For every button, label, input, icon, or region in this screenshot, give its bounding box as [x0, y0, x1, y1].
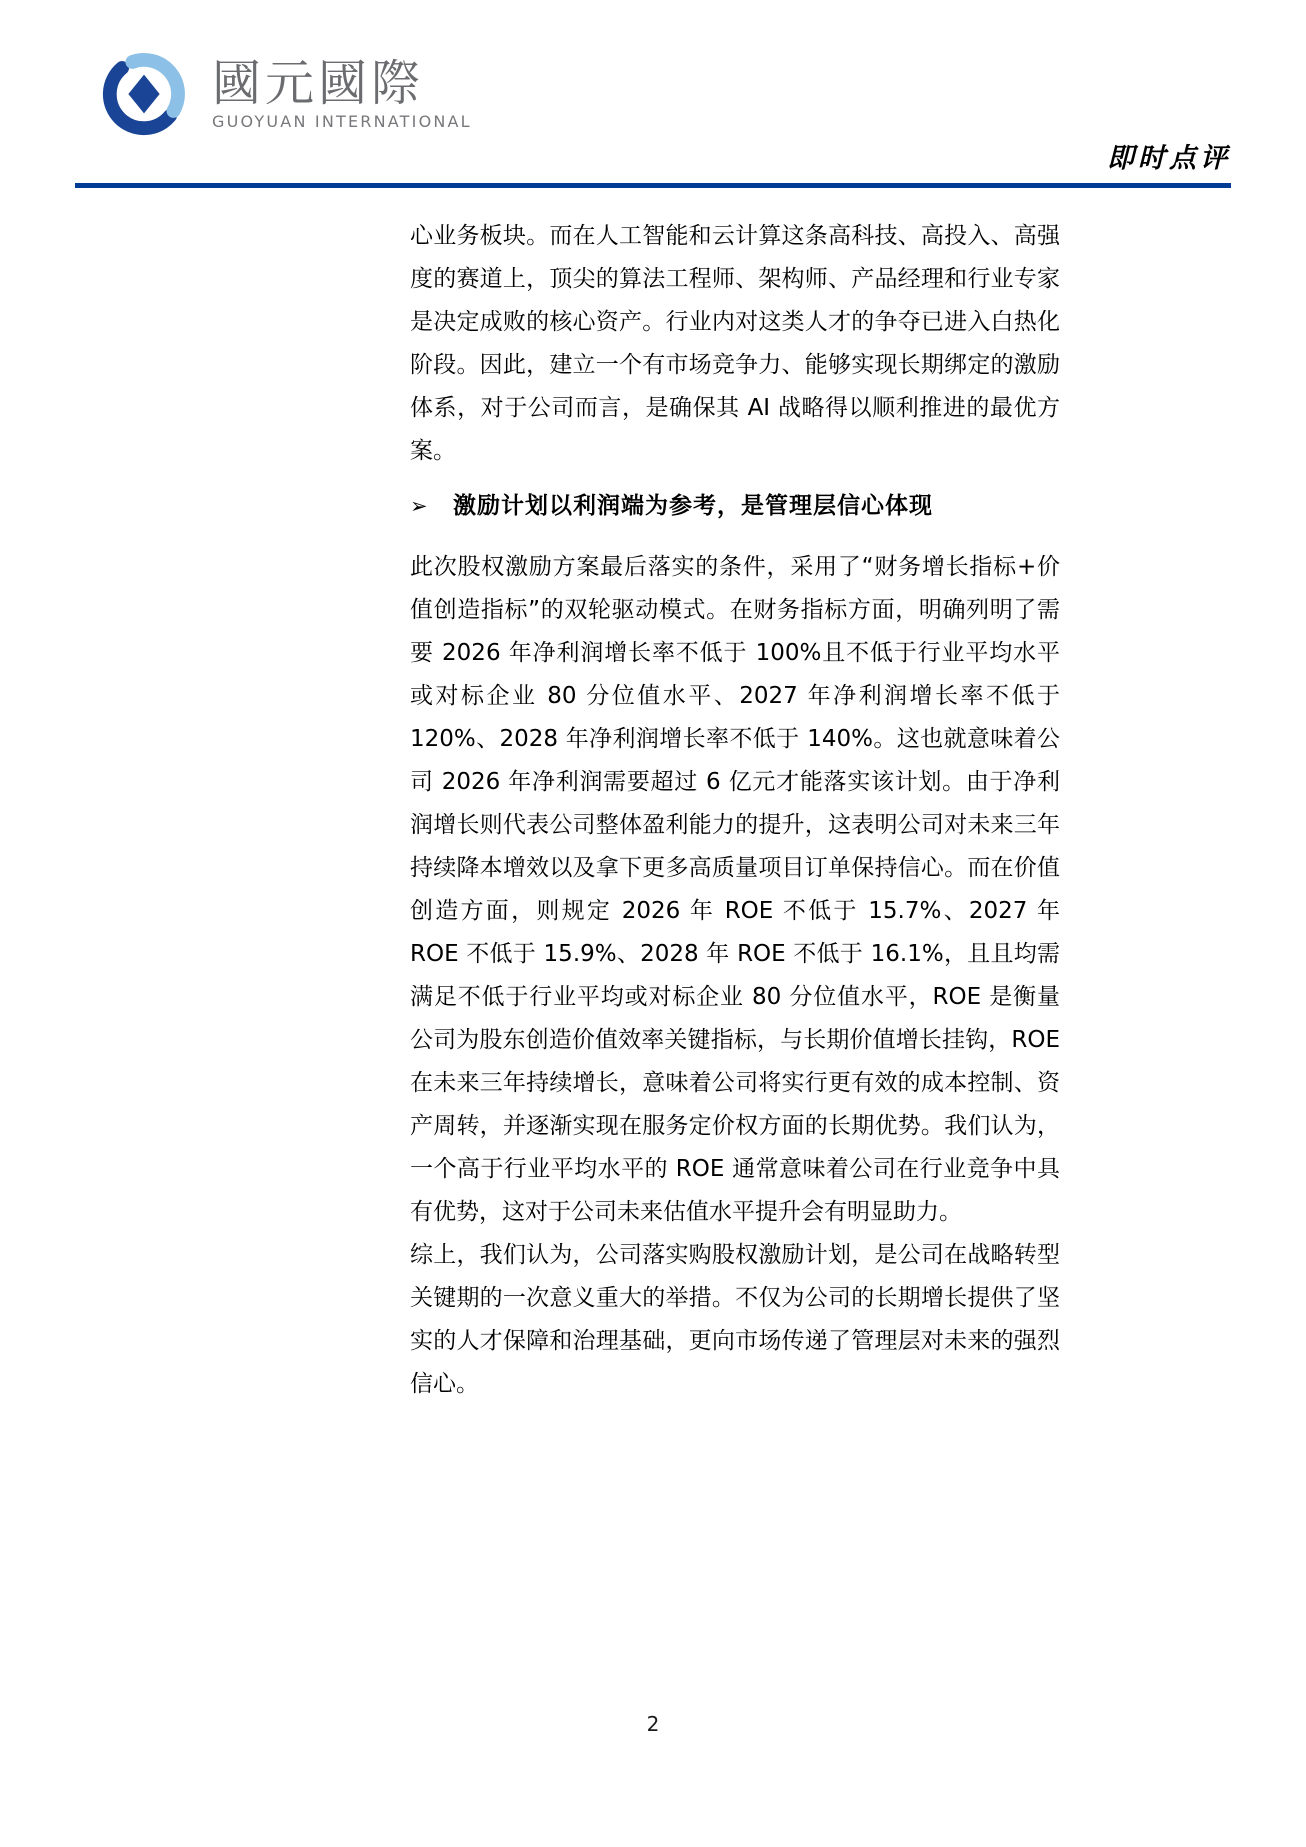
section-heading-text: 激励计划以利润端为参考，是管理层信心体现 [453, 485, 933, 528]
logo-text: 國元國際 GUOYUAN INTERNATIONAL [212, 57, 472, 132]
company-logo: 國元國際 GUOYUAN INTERNATIONAL [98, 48, 472, 140]
header-divider [75, 183, 1231, 188]
paragraph-incentive-conditions: 此次股权激励方案最后落实的条件，采用了“财务增长指标+价值创造指标”的双轮驱动模… [410, 546, 1060, 1234]
bullet-arrow-icon: ➢ [410, 485, 453, 528]
guoyuan-logo-icon [98, 48, 190, 140]
brand-name-english: GUOYUAN INTERNATIONAL [212, 112, 472, 131]
report-page: 國元國際 GUOYUAN INTERNATIONAL 即时点评 心业务板块。而在… [0, 0, 1306, 1847]
paragraph-continued: 心业务板块。而在人工智能和云计算这条高科技、高投入、高强度的赛道上，顶尖的算法工… [410, 215, 1060, 473]
paragraph-conclusion: 综上，我们认为，公司落实购股权激励计划，是公司在战略转型关键期的一次意义重大的举… [410, 1234, 1060, 1406]
report-type-label: 即时点评 [1107, 136, 1231, 175]
brand-name-chinese: 國元國際 [212, 57, 472, 111]
section-heading: ➢ 激励计划以利润端为参考，是管理层信心体现 [410, 485, 1060, 528]
report-body: 心业务板块。而在人工智能和云计算这条高科技、高投入、高强度的赛道上，顶尖的算法工… [410, 215, 1060, 1406]
logo-diamond-shape [128, 75, 159, 114]
page-number: 2 [647, 1712, 660, 1736]
page-footer: 2 [0, 1712, 1306, 1736]
